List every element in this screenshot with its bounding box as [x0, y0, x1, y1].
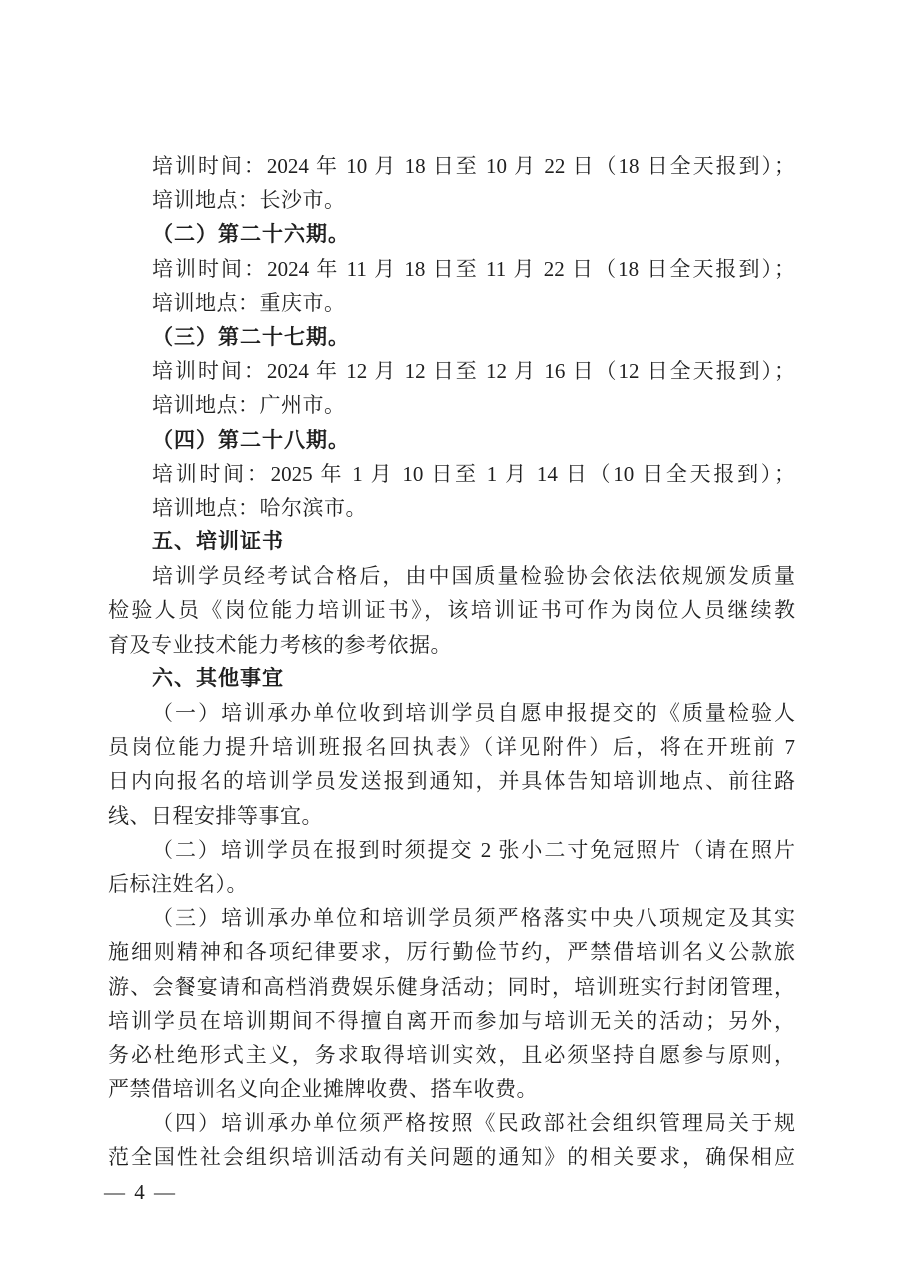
text-line: 培训地点：重庆市。 — [108, 286, 795, 320]
text-line: 后标注姓名）。 — [108, 867, 795, 901]
section-heading-line: 六、其他事宜 — [108, 662, 795, 696]
text-line: 培训地点：长沙市。 — [108, 183, 795, 217]
text-line: 员岗位能力提升培训班报名回执表》（详见附件）后，将在开班前 7 — [108, 730, 795, 764]
section-heading-line: 五、培训证书 — [108, 525, 795, 559]
document-body: 培训时间：2024 年 10 月 18 日至 10 月 22 日（18 日全天报… — [108, 149, 795, 1175]
document-page: 培训时间：2024 年 10 月 18 日至 10 月 22 日（18 日全天报… — [0, 0, 900, 1273]
text-line: 培训时间：2025 年 1 月 10 日至 1 月 14 日（10 日全天报到）… — [108, 457, 795, 491]
item-heading-line: （二）第二十六期。 — [108, 217, 795, 251]
text-line: 培训学员在培训期间不得擅自离开而参加与培训无关的活动；另外， — [108, 1004, 795, 1038]
text-line: 检验人员《岗位能力培训证书》，该培训证书可作为岗位人员继续教 — [108, 593, 795, 627]
text-line: 培训地点：广州市。 — [108, 388, 795, 422]
text-line: 务必杜绝形式主义，务求取得培训实效，且必须坚持自愿参与原则， — [108, 1038, 795, 1072]
text-line: 线、日程安排等事宜。 — [108, 799, 795, 833]
text-line: 施细则精神和各项纪律要求，厉行勤俭节约，严禁借培训名义公款旅 — [108, 935, 795, 969]
text-line: 培训时间：2024 年 10 月 18 日至 10 月 22 日（18 日全天报… — [108, 149, 795, 183]
text-line: 严禁借培训名义向企业摊牌收费、搭车收费。 — [108, 1072, 795, 1106]
text-line: 培训时间：2024 年 12 月 12 日至 12 月 16 日（12 日全天报… — [108, 354, 795, 388]
text-line: （三）培训承办单位和培训学员须严格落实中央八项规定及其实 — [108, 901, 795, 935]
page-number: — 4 — — [104, 1175, 177, 1209]
item-heading-line: （四）第二十八期。 — [108, 423, 795, 457]
text-line: 范全国性社会组织培训活动有关问题的通知》的相关要求，确保相应 — [108, 1140, 795, 1174]
item-heading-line: （三）第二十七期。 — [108, 320, 795, 354]
text-line: 培训地点：哈尔滨市。 — [108, 491, 795, 525]
text-line: （二）培训学员在报到时须提交 2 张小二寸免冠照片（请在照片 — [108, 833, 795, 867]
text-line: 培训时间：2024 年 11 月 18 日至 11 月 22 日（18 日全天报… — [108, 252, 795, 286]
text-line: 培训学员经考试合格后，由中国质量检验协会依法依规颁发质量 — [108, 559, 795, 593]
text-line: （四）培训承办单位须严格按照《民政部社会组织管理局关于规 — [108, 1106, 795, 1140]
text-line: （一）培训承办单位收到培训学员自愿申报提交的《质量检验人 — [108, 696, 795, 730]
text-line: 育及专业技术能力考核的参考依据。 — [108, 628, 795, 662]
text-line: 日内向报名的培训学员发送报到通知，并具体告知培训地点、前往路 — [108, 764, 795, 798]
text-line: 游、会餐宴请和高档消费娱乐健身活动；同时，培训班实行封闭管理， — [108, 970, 795, 1004]
